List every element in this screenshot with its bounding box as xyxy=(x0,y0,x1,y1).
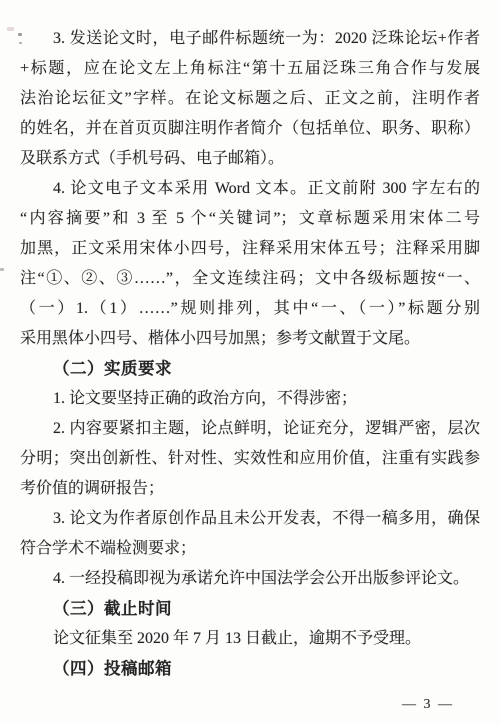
text-line: 1. 论文要坚持正确的政治方向，不得涉密； xyxy=(20,384,480,414)
section-heading: （三）截止时间 xyxy=(20,594,480,624)
section-heading: （二）实质要求 xyxy=(20,354,480,384)
scan-artifact xyxy=(18,33,22,36)
text-line: 4. 论文电子文本采用 Word 文本。正文前附 300 字左右的 xyxy=(20,174,480,204)
section-heading: （四）投稿邮箱 xyxy=(20,654,480,684)
page-number: — 3 — xyxy=(402,697,454,713)
text-line: 分明；突出创新性、针对性、实效性和应用价值，注重有实践参 xyxy=(20,444,480,474)
text-line: 符合学术不端检测要求； xyxy=(20,534,480,564)
text-line: 3. 发送论文时，电子邮件标题统一为：2020 泛珠论坛+作者 xyxy=(20,24,480,54)
text-line: （一）1.（1）……”规则排列，其中“一、（一）”标题分别 xyxy=(20,294,480,324)
scan-artifact xyxy=(19,42,22,44)
text-line: 采用黑体小四号、楷体小四号加黑；参考文献置于文尾。 xyxy=(20,324,480,354)
text-line: 的姓名，并在首页页脚注明作者简介（包括单位、职务、职称） xyxy=(20,114,480,144)
text-line: 及联系方式（手机号码、电子邮箱）。 xyxy=(20,144,480,174)
text-line: 3. 论文为作者原创作品且未公开发表，不得一稿多用，确保 xyxy=(20,504,480,534)
text-line: 注“①、②、③……”，全文连续注码；文中各级标题按“一、 xyxy=(20,264,480,294)
text-line: +标题，应在论文左上角标注“第十五届泛珠三角合作与发展 xyxy=(20,54,480,84)
text-line: 论文征集至 2020 年 7 月 13 日截止，逾期不予受理。 xyxy=(20,624,480,654)
text-line: “内容摘要”和 3 至 5 个“关键词”；文章标题采用宋体二号 xyxy=(20,204,480,234)
scan-artifact xyxy=(0,268,4,271)
document-page: 3. 发送论文时，电子邮件标题统一为：2020 泛珠论坛+作者+标题，应在论文左… xyxy=(0,0,500,724)
text-line: 法治论坛征文”字样。在论文标题之后、正文之前，注明作者 xyxy=(20,84,480,114)
text-line: 考价值的调研报告； xyxy=(20,474,480,504)
scan-artifact xyxy=(7,27,14,31)
text-line: 加黑，正文采用宋体小四号，注释采用宋体五号；注释采用脚 xyxy=(20,234,480,264)
document-body: 3. 发送论文时，电子邮件标题统一为：2020 泛珠论坛+作者+标题，应在论文左… xyxy=(20,24,480,684)
text-line: 4. 一经投稿即视为承诺允许中国法学会公开出版参评论文。 xyxy=(20,564,480,594)
text-line: 2. 内容要紧扣主题，论点鲜明，论证充分，逻辑严密，层次 xyxy=(20,414,480,444)
